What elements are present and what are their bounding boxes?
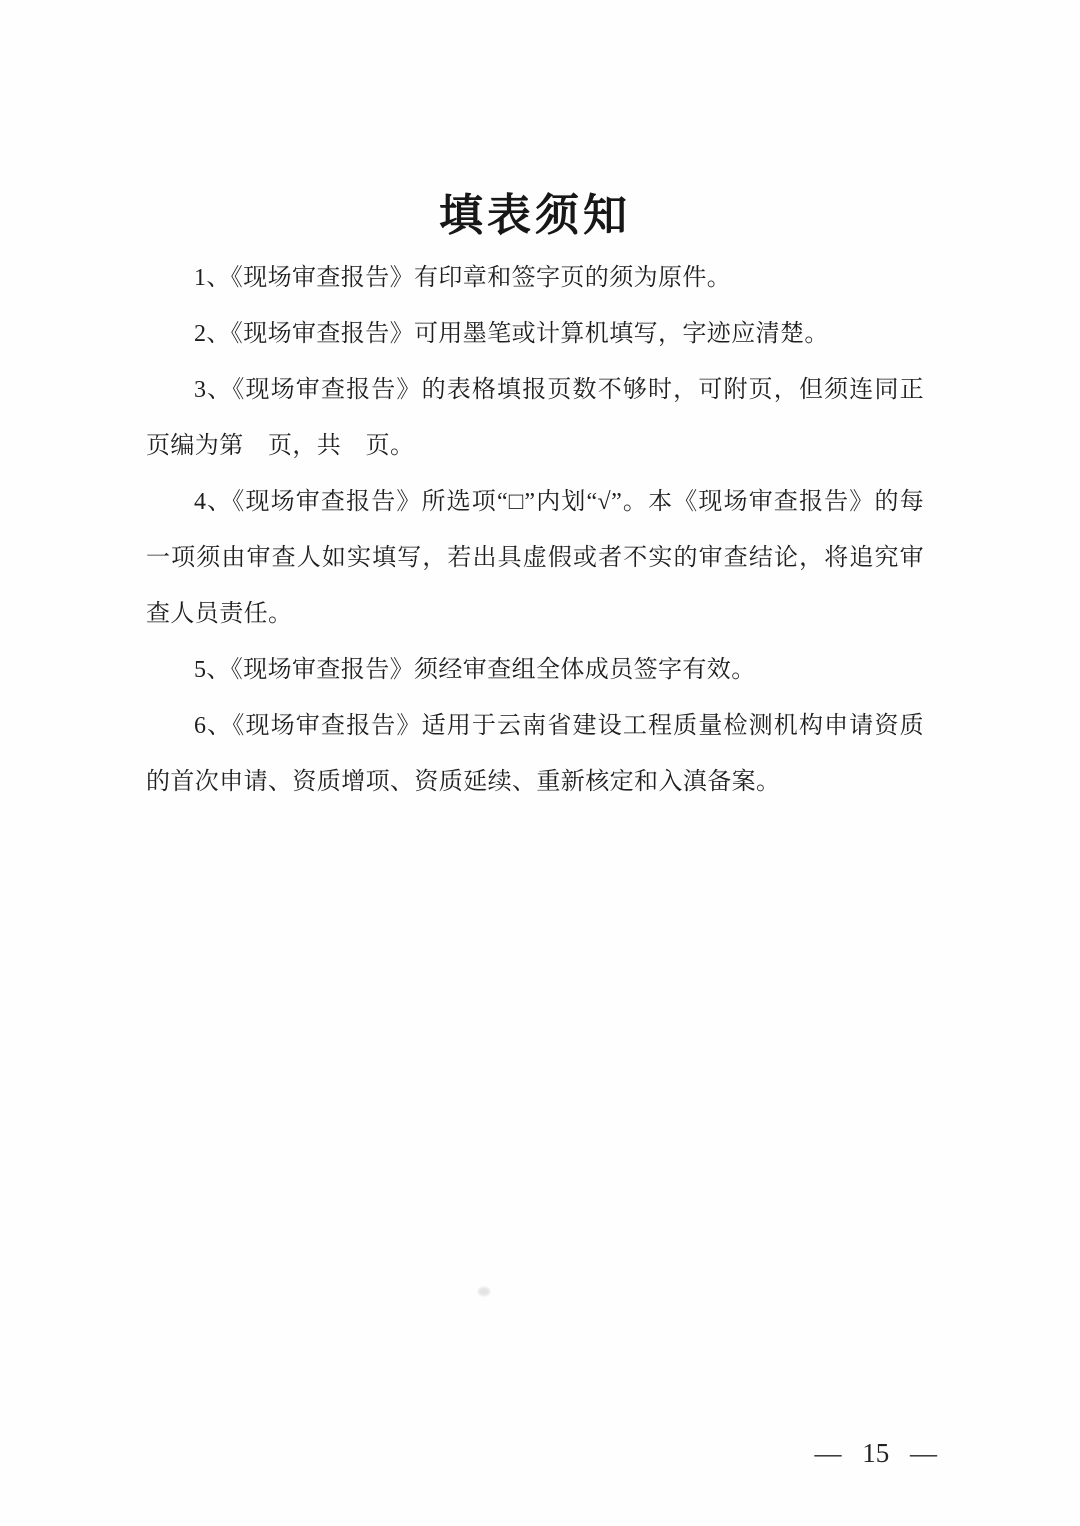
notice-item-2: 2、《现场审查报告》可用墨笔或计算机填写，字迹应清楚。 [146, 306, 924, 362]
page-number-dash-left: — [815, 1438, 842, 1468]
page-number: — 15 — [815, 1436, 938, 1470]
document-body: 填表须知 1、《现场审查报告》有印章和签字页的须为原件。 2、《现场审查报告》可… [0, 0, 1080, 810]
notice-item-3: 3、《现场审查报告》的表格填报页数不够时，可附页，但须连同正页编为第 页，共 页… [146, 362, 924, 474]
page-title: 填表须知 [146, 192, 924, 240]
scan-artifact-dot [478, 1287, 490, 1296]
notice-item-4: 4、《现场审查报告》所选项“□”内划“√”。本《现场审查报告》的每一项须由审查人… [146, 474, 924, 642]
notice-item-6: 6、《现场审查报告》适用于云南省建设工程质量检测机构申请资质的首次申请、资质增项… [146, 698, 924, 810]
document-page: 填表须知 1、《现场审查报告》有印章和签字页的须为原件。 2、《现场审查报告》可… [0, 0, 1080, 1526]
page-number-value: 15 [862, 1438, 889, 1468]
notice-item-1: 1、《现场审查报告》有印章和签字页的须为原件。 [146, 250, 924, 306]
page-number-dash-right: — [910, 1438, 937, 1468]
notice-item-5: 5、《现场审查报告》须经审查组全体成员签字有效。 [146, 642, 924, 698]
